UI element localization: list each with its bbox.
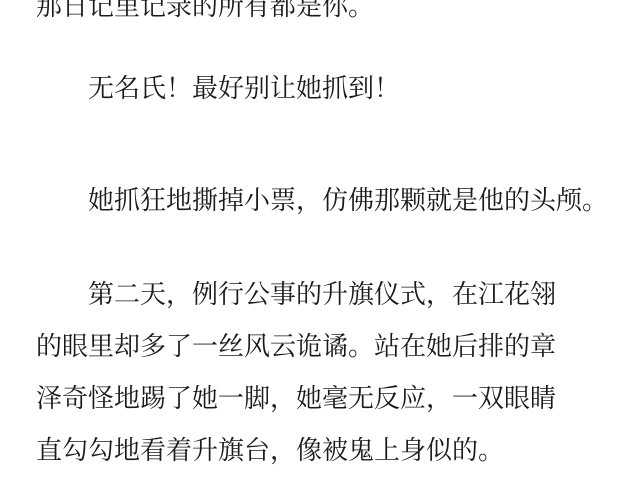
text-line: 直勾勾地看着升旗台，像被鬼上身似的。 — [36, 424, 606, 476]
text-line: 泽奇怪地踢了她一脚，她毫无反应，一双眼睛 — [36, 372, 606, 424]
text-line: 她抓狂地撕掉小票，仿佛那颗就是他的头颅。 — [36, 184, 606, 216]
paragraph: 无名氏！最好别让她抓到！ — [36, 72, 606, 104]
text-line: 的眼里却多了一丝风云诡谲。站在她后排的章 — [36, 320, 606, 372]
paragraph-continuation: 那日记里记录的所有都是你。 — [36, 0, 606, 22]
paragraph: 第二天，例行公事的升旗仪式，在江花翎 的眼里却多了一丝风云诡谲。站在她后排的章 … — [36, 268, 606, 476]
reader-page: 那日记里记录的所有都是你。 无名氏！最好别让她抓到！ 她抓狂地撕掉小票，仿佛那颗… — [0, 0, 640, 500]
text-line: 那日记里记录的所有都是你。 — [36, 0, 606, 22]
text-line: 无名氏！最好别让她抓到！ — [36, 72, 606, 104]
paragraph: 她抓狂地撕掉小票，仿佛那颗就是他的头颅。 — [36, 184, 606, 216]
text-line: 第二天，例行公事的升旗仪式，在江花翎 — [36, 268, 606, 320]
